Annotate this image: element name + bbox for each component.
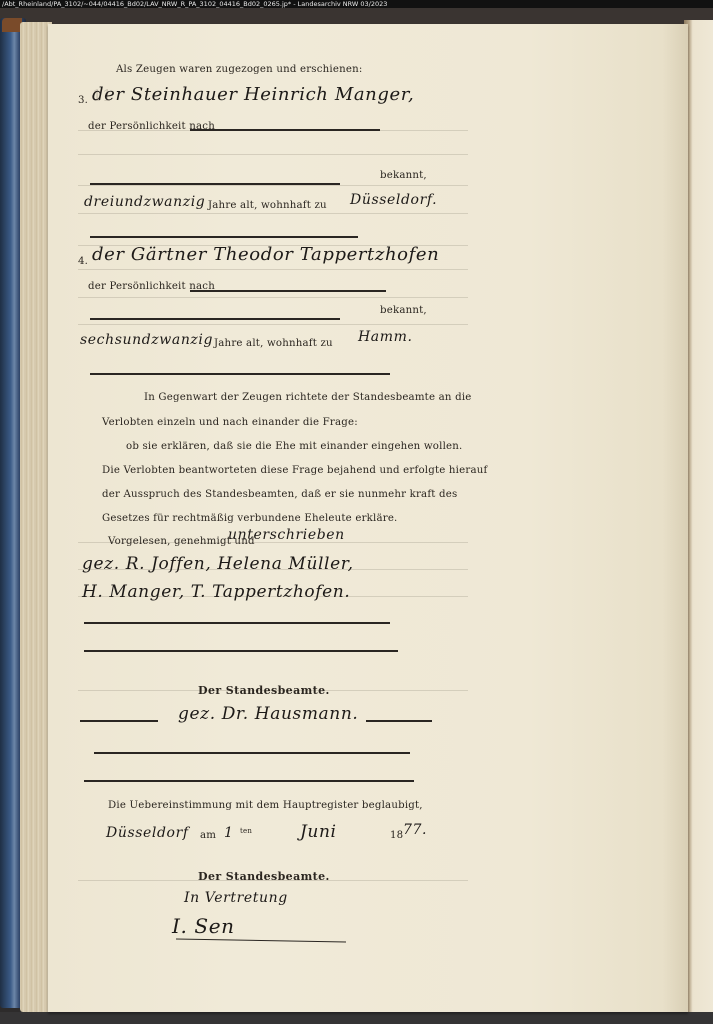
ruled-line — [78, 213, 468, 214]
signature-line-left — [80, 720, 158, 722]
witness-4-name: der Gärtner Theodor Tappertzhofen — [92, 244, 439, 265]
witness-3-number: 3. — [78, 95, 88, 106]
blank-line — [190, 290, 386, 292]
ceremony-line-5: der Ausspruch des Standesbeamten, daß er… — [102, 489, 457, 500]
signature-line-right — [366, 720, 432, 722]
certification-am: am — [200, 830, 216, 841]
witness-3-age: dreiundzwanzig — [84, 194, 205, 210]
ruled-line — [78, 154, 468, 155]
blank-line — [84, 780, 414, 782]
witness-4-residence: Hamm. — [358, 329, 413, 345]
certification-year-hand: 77. — [403, 822, 427, 838]
blank-line — [94, 752, 410, 754]
signature-flourish — [176, 939, 346, 943]
ceremony-line-2: Verlobten einzeln und nach einander die … — [102, 417, 358, 428]
ceremony-line-6: Gesetzes für rechtmäßig verbundene Ehele… — [102, 513, 398, 524]
witness-4-number: 4. — [78, 256, 88, 267]
deputy-signature: I. Sen — [172, 914, 235, 938]
signatures-line-1: gez. R. Joffen, Helena Müller, — [82, 554, 354, 574]
certification-text: Die Uebereinstimmung mit dem Hauptregist… — [108, 800, 423, 811]
certification-year-printed: 18 — [390, 830, 403, 841]
ceremony-line-3: ob sie erklären, daß sie die Ehe mit ein… — [126, 441, 462, 452]
blank-line — [90, 318, 340, 320]
witness-4-age-label: Jahre alt, wohnhaft zu — [214, 338, 333, 349]
witness-3-known: bekannt, — [380, 170, 427, 181]
registrar-heading-2: Der Standesbeamte. — [198, 870, 330, 883]
signatures-line-2: H. Manger, T. Tappertzhofen. — [82, 582, 350, 602]
deputy-handwritten: In Vertretung — [184, 890, 288, 906]
ruled-line — [78, 324, 468, 325]
registrar-signature: gez. Dr. Hausmann. — [178, 704, 358, 724]
registrar-heading: Der Standesbeamte. — [198, 684, 330, 697]
certification-day: 1 — [224, 825, 234, 841]
ceremony-line-1: In Gegenwart der Zeugen richtete der Sta… — [144, 392, 472, 403]
window-title: /Abt_Rheinland/PA_3102/~044/04416_Bd02/L… — [0, 0, 713, 8]
bottom-shadow — [0, 1012, 713, 1024]
witness-4-age: sechsundzwanzig — [80, 332, 213, 348]
certification-place: Düsseldorf — [106, 825, 189, 841]
ceremony-line-4: Die Verlobten beantworteten diese Frage … — [102, 465, 487, 476]
blank-line — [90, 236, 358, 238]
ruled-line — [78, 297, 468, 298]
blank-line — [90, 373, 390, 375]
register-page: 11 Als Zeugen waren zugezogen und erschi… — [48, 24, 688, 1012]
certification-day-suffix: ten — [240, 827, 252, 835]
blank-line — [84, 650, 398, 652]
blank-line — [190, 129, 380, 131]
blank-line — [90, 183, 340, 185]
witness-3-name: der Steinhauer Heinrich Manger, — [92, 84, 414, 105]
witness-3-age-label: Jahre alt, wohnhaft zu — [208, 200, 327, 211]
facing-page-edge — [684, 20, 713, 1012]
read-handwritten: unterschrieben — [228, 527, 345, 543]
blank-line — [84, 622, 390, 624]
certification-month: Juni — [300, 822, 337, 842]
witness-4-known: bekannt, — [380, 305, 427, 316]
witnesses-heading: Als Zeugen waren zugezogen und erschiene… — [116, 64, 362, 75]
witness-3-residence: Düsseldorf. — [350, 192, 437, 208]
ruled-line — [78, 185, 468, 186]
ruled-line — [78, 269, 468, 270]
